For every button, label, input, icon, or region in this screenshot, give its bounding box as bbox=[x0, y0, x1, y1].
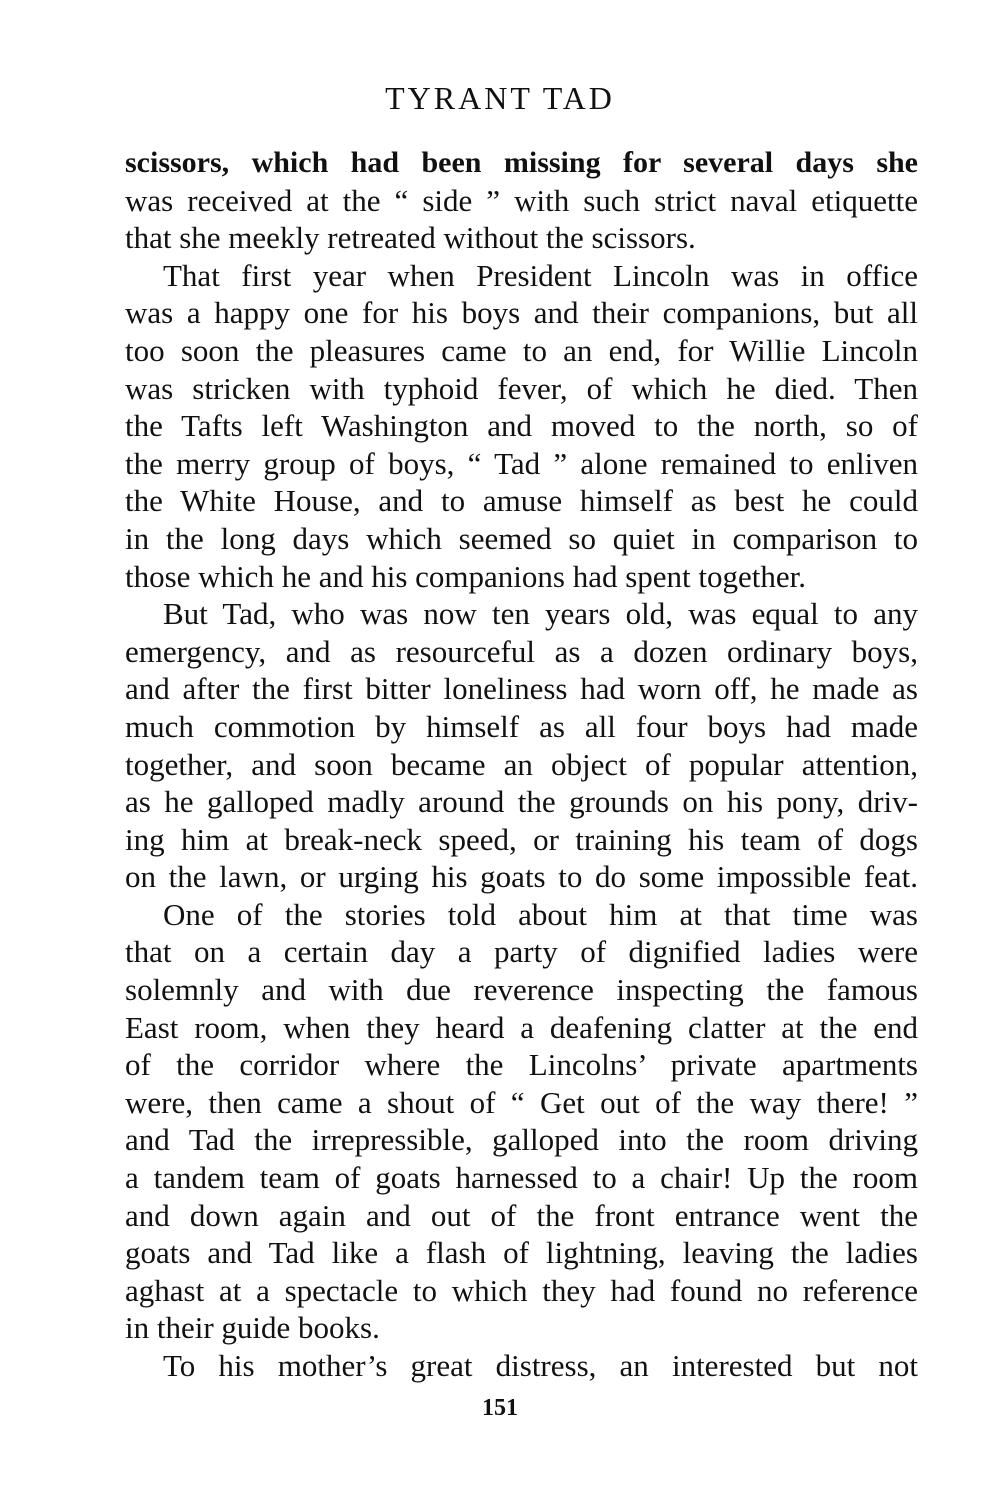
text-line: To his mother’s great distress, an inter… bbox=[125, 1347, 918, 1385]
text-line: emergency, and as resourceful as a dozen… bbox=[125, 633, 918, 671]
text-line: But Tad, who was now ten years old, was … bbox=[125, 595, 918, 633]
text-line: a tandem team of goats harnessed to a ch… bbox=[125, 1159, 918, 1197]
text-line: on the lawn, or urging his goats to do s… bbox=[125, 858, 918, 896]
text-line: One of the stories told about him at tha… bbox=[125, 896, 918, 934]
body-text: scissors, which had been missing for sev… bbox=[125, 144, 918, 1385]
text-line: goats and Tad like a flash of lightning,… bbox=[125, 1234, 918, 1272]
page-number: 151 bbox=[0, 1393, 1000, 1423]
text-line: as he galloped madly around the grounds … bbox=[125, 783, 918, 821]
text-line: together, and soon became an object of p… bbox=[125, 746, 918, 784]
text-line: ing him at break-neck speed, or training… bbox=[125, 821, 918, 859]
text-line: in their guide books. bbox=[125, 1309, 918, 1347]
text-line: of the corridor where the Lincolns’ priv… bbox=[125, 1046, 918, 1084]
text-line: too soon the pleasures came to an end, f… bbox=[125, 332, 918, 370]
text-line: was a happy one for his boys and their c… bbox=[125, 294, 918, 332]
text-line: and Tad the irrepressible, galloped into… bbox=[125, 1121, 918, 1159]
text-line: aghast at a spectacle to which they had … bbox=[125, 1272, 918, 1310]
text-line: that she meekly retreated without the sc… bbox=[125, 219, 918, 257]
text-line: solemnly and with due reverence inspecti… bbox=[125, 971, 918, 1009]
text-line: East room, when they heard a deafening c… bbox=[125, 1009, 918, 1047]
text-line: scissors, which had been missing for sev… bbox=[125, 144, 918, 182]
text-line: much commotion by himself as all four bo… bbox=[125, 708, 918, 746]
text-line: the merry group of boys, “ Tad ” alone r… bbox=[125, 445, 918, 483]
text-line: was received at the “ side ” with such s… bbox=[125, 182, 918, 220]
book-page: TYRANT TAD scissors, which had been miss… bbox=[0, 0, 1000, 1512]
text-line: those which he and his companions had sp… bbox=[125, 558, 918, 596]
text-line: and down again and out of the front entr… bbox=[125, 1197, 918, 1235]
text-line: That first year when President Lincoln w… bbox=[125, 257, 918, 295]
text-line: and after the first bitter loneliness ha… bbox=[125, 670, 918, 708]
text-line: that on a certain day a party of dignifi… bbox=[125, 933, 918, 971]
text-line: the White House, and to amuse himself as… bbox=[125, 482, 918, 520]
running-head: TYRANT TAD bbox=[0, 78, 1000, 118]
text-line: the Tafts left Washington and moved to t… bbox=[125, 407, 918, 445]
text-line: was stricken with typhoid fever, of whic… bbox=[125, 370, 918, 408]
text-line: were, then came a shout of “ Get out of … bbox=[125, 1084, 918, 1122]
text-line: in the long days which seemed so quiet i… bbox=[125, 520, 918, 558]
